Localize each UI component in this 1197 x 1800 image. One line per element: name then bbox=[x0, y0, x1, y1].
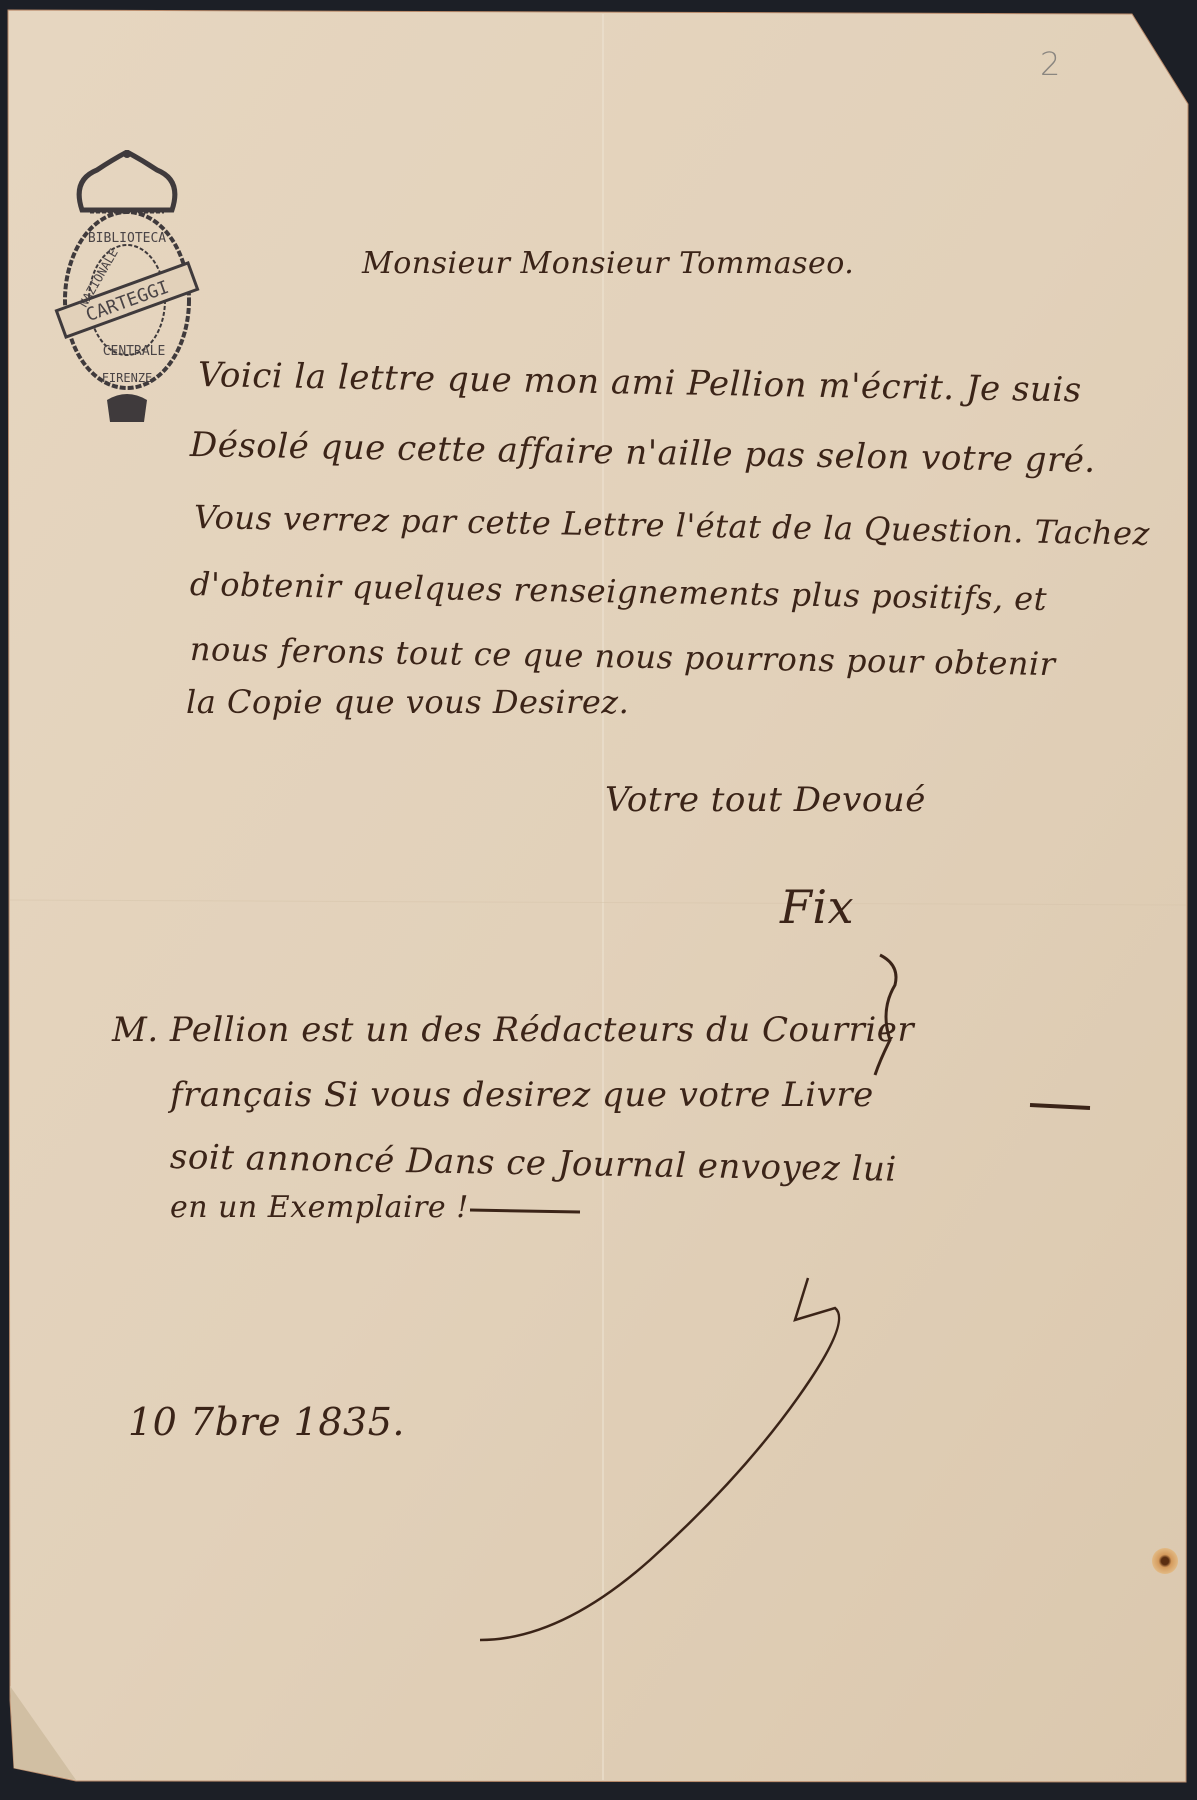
signature-flourish-icon bbox=[0, 0, 1197, 1800]
foxing-stain bbox=[1152, 1548, 1178, 1574]
